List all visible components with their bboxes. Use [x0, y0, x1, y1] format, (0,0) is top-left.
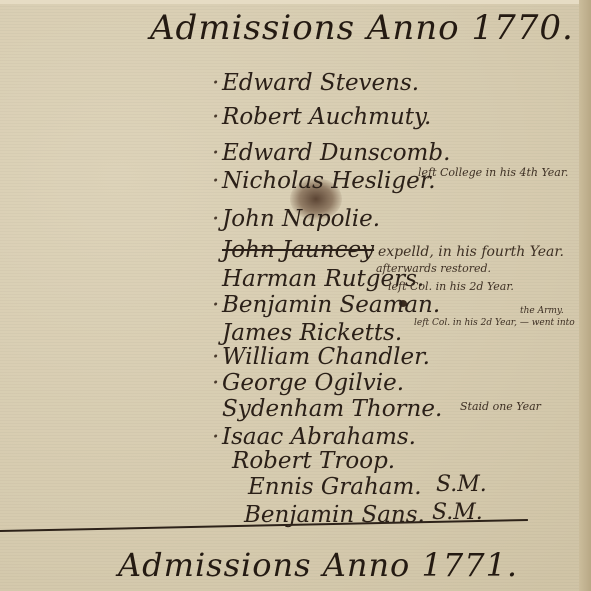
- manuscript-page: ​ Admissions Anno 1770. ·Edward Stevens.…: [0, 0, 591, 591]
- entry-name-struck: John Jauncey: [222, 237, 374, 263]
- entry-row: ·George Ogilvie.: [212, 370, 404, 396]
- entry-row: Ennis Graham.: [248, 474, 422, 500]
- entry-note: expelld, in his fourth Year.: [378, 244, 564, 260]
- entry-row: ·Robert Auchmuty.: [212, 104, 431, 130]
- entry-row: ·Nicholas Hesliger.: [212, 168, 436, 194]
- entry-row: ·Edward Dunscomb.: [212, 140, 450, 166]
- entry-row: John Jauncey: [212, 237, 374, 263]
- entry-note: Staid one Year: [460, 400, 541, 413]
- page-binding-edge: [579, 0, 591, 591]
- page-top-edge: [0, 0, 591, 4]
- entry-row: ·William Chandler.: [212, 344, 430, 370]
- entry-note: left Col. in his 2d Year, — went into: [414, 318, 575, 328]
- heading-1770: Admissions Anno 1770.: [150, 8, 574, 48]
- bleed-through-text: ​: [38, 70, 41, 94]
- sm-mark: S.M.: [436, 472, 487, 497]
- entry-name: Nicholas Hesliger.: [222, 168, 436, 194]
- entry-row: ·Benjamin Seaman.: [212, 292, 440, 318]
- entry-name: George Ogilvie.: [222, 370, 404, 396]
- entry-row: ·Isaac Abrahams.: [212, 424, 416, 450]
- entry-name: Ennis Graham.: [248, 474, 422, 500]
- entry-note-sub: the Army.: [520, 306, 564, 316]
- entry-name: Sydenham Thorne.: [222, 396, 442, 422]
- entry-name: Edward Dunscomb.: [222, 140, 450, 166]
- entry-name: James Ricketts.: [222, 320, 402, 346]
- entry-row: ·John Napolie.: [212, 206, 380, 232]
- entry-row: ·Edward Stevens.: [212, 70, 419, 96]
- entry-note: left College in his 4th Year.: [418, 166, 568, 179]
- entry-row: Robert Troop.: [232, 448, 395, 474]
- entry-name: Edward Stevens.: [222, 70, 419, 96]
- entry-row: Sydenham Thorne.: [212, 396, 442, 422]
- entry-name: Benjamin Seaman.: [222, 292, 440, 318]
- entry-name: Robert Troop.: [232, 448, 395, 474]
- entry-row: James Ricketts.: [212, 320, 402, 346]
- entry-name: Isaac Abrahams.: [222, 424, 416, 450]
- entry-name: Robert Auchmuty.: [222, 104, 431, 130]
- heading-1771: Admissions Anno 1771.: [118, 546, 518, 584]
- entry-name: William Chandler.: [222, 344, 430, 370]
- entry-name: John Napolie.: [222, 206, 380, 232]
